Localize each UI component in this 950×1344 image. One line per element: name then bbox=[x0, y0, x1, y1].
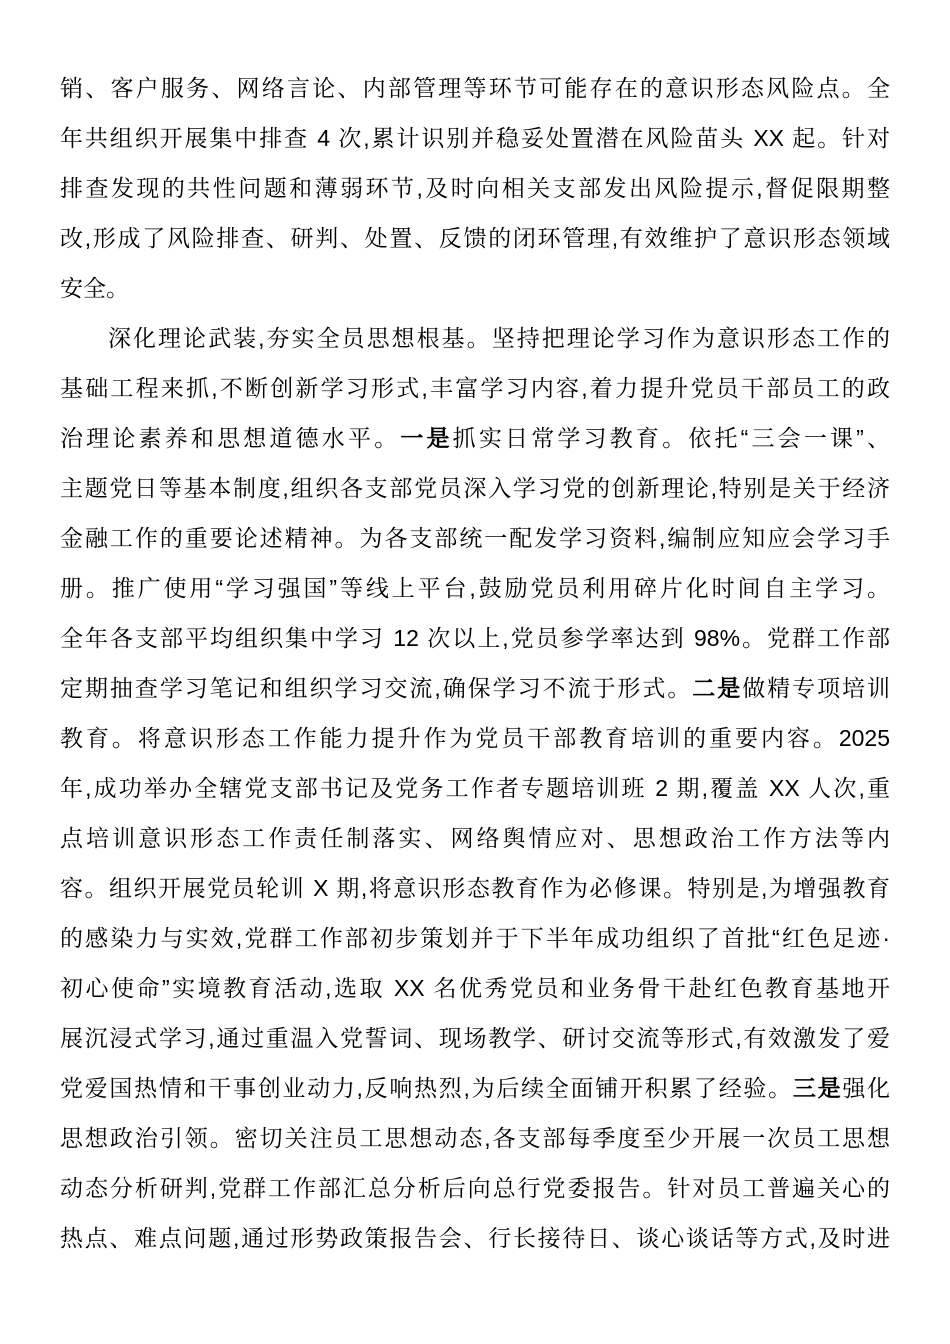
text-line: 册。推广使用“学习强国”等线上平台,鼓励党员利用碎片化时间自主学习。 bbox=[60, 563, 890, 613]
text-run: 党爱国热情和干事创业动力,反响热烈,为后续全面铺开积累了经验。 bbox=[60, 1075, 793, 1101]
text-run: 深化理论武装,夯实全员思想根基。坚持把理论学习作为意识形态工作的 bbox=[108, 325, 890, 351]
text-run: 思想政治引领。密切关注员工思想动态,各支部每季度至少开展一次员工思想 bbox=[60, 1125, 890, 1151]
text-line: 年共组织开展集中排查 4 次,累计识别并稳妥处置潜在风险苗头 XX 起。针对 bbox=[60, 113, 890, 163]
document-page: 销、客户服务、网络言论、内部管理等环节可能存在的意识形态风险点。全年共组织开展集… bbox=[0, 0, 950, 1344]
text-run: 册。推广使用“学习强国”等线上平台,鼓励党员利用碎片化时间自主学习。 bbox=[60, 575, 890, 601]
text-line: 党爱国热情和干事创业动力,反响热烈,为后续全面铺开积累了经验。三是强化 bbox=[60, 1063, 890, 1113]
text-run: 展沉浸式学习,通过重温入党誓词、现场教学、研讨交流等形式,有效激发了爱 bbox=[60, 1025, 890, 1051]
text-run: 金融工作的重要论述精神。为各支部统一配发学习资料,编制应知应会学习手 bbox=[60, 525, 890, 551]
text-line: 安全。 bbox=[60, 263, 890, 313]
text-line: 初心使命”实境教育活动,选取 XX 名优秀党员和业务骨干赴红色教育基地开 bbox=[60, 963, 890, 1013]
text-line: 定期抽查学习笔记和组织学习交流,确保学习不流于形式。二是做精专项培训 bbox=[60, 663, 890, 713]
text-run: 安全。 bbox=[60, 275, 129, 301]
text-run: 容。组织开展党员轮训 X 期,将意识形态教育作为必修课。特别是,为增强教育 bbox=[60, 875, 890, 901]
text-run: 全年各支部平均组织集中学习 12 次以上,党员参学率达到 98%。党群工作部 bbox=[60, 625, 890, 651]
text-run: 定期抽查学习笔记和组织学习交流,确保学习不流于形式。 bbox=[60, 675, 692, 701]
text-line: 展沉浸式学习,通过重温入党誓词、现场教学、研讨交流等形式,有效激发了爱 bbox=[60, 1013, 890, 1063]
text-line: 主题党日等基本制度,组织各支部党员深入学习党的创新理论,特别是关于经济 bbox=[60, 463, 890, 513]
text-line: 的感染力与实效,党群工作部初步策划并于下半年成功组织了首批“红色足迹· bbox=[60, 913, 890, 963]
text-run: 基础工程来抓,不断创新学习形式,丰富学习内容,着力提升党员干部员工的政 bbox=[60, 375, 890, 401]
text-run: 销、客户服务、网络言论、内部管理等环节可能存在的意识形态风险点。全 bbox=[60, 75, 890, 101]
text-line: 点培训意识形态工作责任制落实、网络舆情应对、思想政治工作方法等内 bbox=[60, 813, 890, 863]
text-line: 思想政治引领。密切关注员工思想动态,各支部每季度至少开展一次员工思想 bbox=[60, 1113, 890, 1163]
text-line: 全年各支部平均组织集中学习 12 次以上,党员参学率达到 98%。党群工作部 bbox=[60, 613, 890, 663]
text-run: 的感染力与实效,党群工作部初步策划并于下半年成功组织了首批“红色足迹· bbox=[60, 925, 890, 951]
text-line: 教育。将意识形态工作能力提升作为党员干部教育培训的重要内容。2025 bbox=[60, 713, 890, 763]
text-run: 初心使命”实境教育活动,选取 XX 名优秀党员和业务骨干赴红色教育基地开 bbox=[60, 975, 890, 1001]
text-run: 动态分析研判,党群工作部汇总分析后向总行党委报告。针对员工普遍关心的 bbox=[60, 1175, 890, 1201]
text-line: 销、客户服务、网络言论、内部管理等环节可能存在的意识形态风险点。全 bbox=[60, 63, 890, 113]
bold-text-run: 一是 bbox=[400, 425, 452, 451]
text-run: 点培训意识形态工作责任制落实、网络舆情应对、思想政治工作方法等内 bbox=[60, 825, 890, 851]
text-line: 深化理论武装,夯实全员思想根基。坚持把理论学习作为意识形态工作的 bbox=[60, 313, 890, 363]
text-run: 排查发现的共性问题和薄弱环节,及时向相关支部发出风险提示,督促限期整 bbox=[60, 175, 890, 201]
text-line: 年,成功举办全辖党支部书记及党务工作者专题培训班 2 期,覆盖 XX 人次,重 bbox=[60, 763, 890, 813]
text-run: 教育。将意识形态工作能力提升作为党员干部教育培训的重要内容。2025 bbox=[60, 725, 890, 751]
text-line: 基础工程来抓,不断创新学习形式,丰富学习内容,着力提升党员干部员工的政 bbox=[60, 363, 890, 413]
text-run: 改,形成了风险排查、研判、处置、反馈的闭环管理,有效维护了意识形态领域 bbox=[60, 225, 890, 251]
text-run: 主题党日等基本制度,组织各支部党员深入学习党的创新理论,特别是关于经济 bbox=[60, 475, 890, 501]
bold-text-run: 二是 bbox=[692, 675, 742, 701]
text-line: 金融工作的重要论述精神。为各支部统一配发学习资料,编制应知应会学习手 bbox=[60, 513, 890, 563]
text-run: 抓实日常学习教育。依托“三会一课”、 bbox=[453, 425, 890, 451]
bold-text-run: 三是 bbox=[793, 1075, 842, 1101]
text-run: 热点、难点问题,通过形势政策报告会、行长接待日、谈心谈话等方式,及时进 bbox=[60, 1225, 890, 1251]
text-line: 热点、难点问题,通过形势政策报告会、行长接待日、谈心谈话等方式,及时进 bbox=[60, 1213, 890, 1263]
document-body: 销、客户服务、网络言论、内部管理等环节可能存在的意识形态风险点。全年共组织开展集… bbox=[60, 63, 890, 1263]
text-run: 强化 bbox=[842, 1075, 890, 1101]
text-line: 动态分析研判,党群工作部汇总分析后向总行党委报告。针对员工普遍关心的 bbox=[60, 1163, 890, 1213]
text-run: 做精专项培训 bbox=[742, 675, 890, 701]
text-line: 治理论素养和思想道德水平。一是抓实日常学习教育。依托“三会一课”、 bbox=[60, 413, 890, 463]
text-run: 治理论素养和思想道德水平。 bbox=[60, 425, 400, 451]
text-line: 改,形成了风险排查、研判、处置、反馈的闭环管理,有效维护了意识形态领域 bbox=[60, 213, 890, 263]
text-line: 排查发现的共性问题和薄弱环节,及时向相关支部发出风险提示,督促限期整 bbox=[60, 163, 890, 213]
text-line: 容。组织开展党员轮训 X 期,将意识形态教育作为必修课。特别是,为增强教育 bbox=[60, 863, 890, 913]
text-run: 年共组织开展集中排查 4 次,累计识别并稳妥处置潜在风险苗头 XX 起。针对 bbox=[60, 125, 890, 151]
text-run: 年,成功举办全辖党支部书记及党务工作者专题培训班 2 期,覆盖 XX 人次,重 bbox=[60, 775, 890, 801]
